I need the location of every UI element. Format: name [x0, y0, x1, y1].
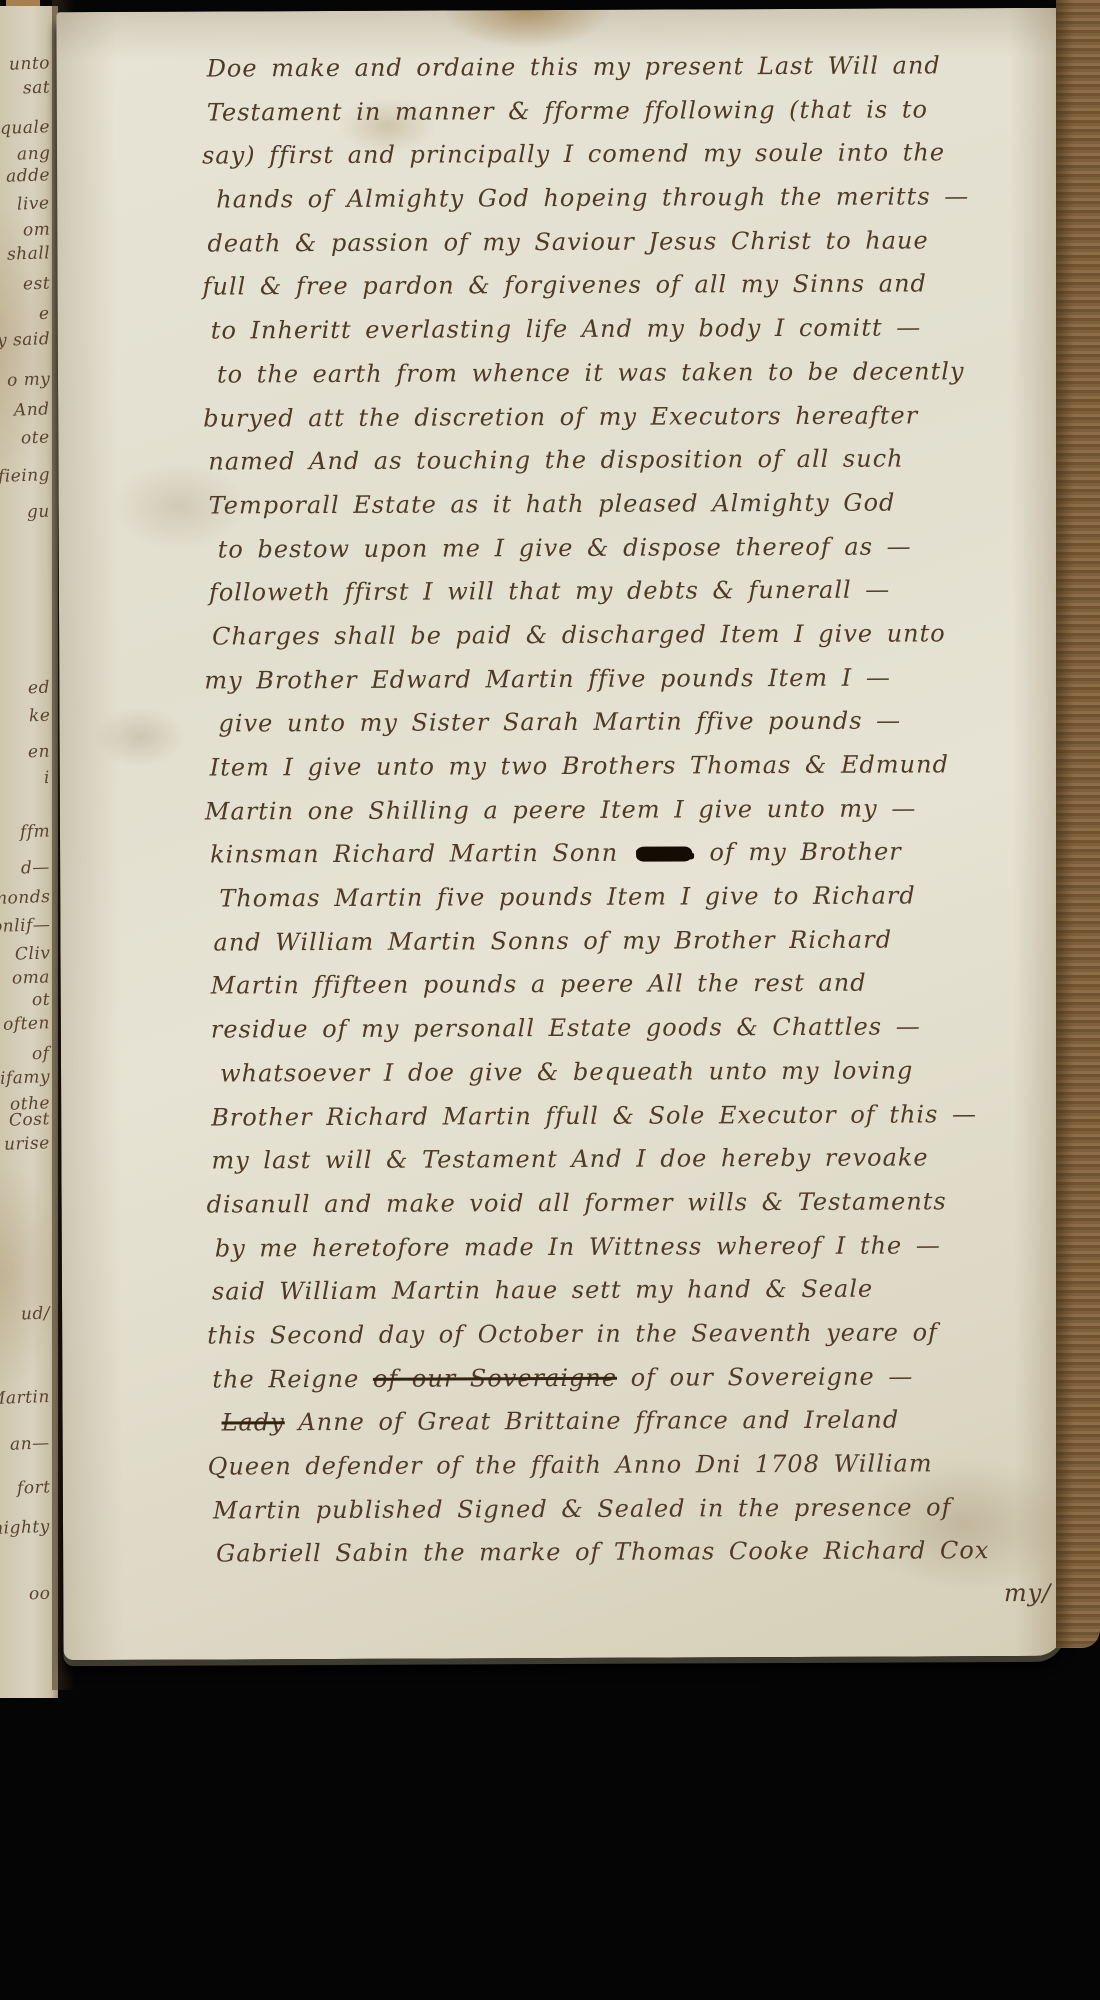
margin-fragment: Martin	[0, 1387, 50, 1409]
manuscript-line: Gabriell Sabin the marke of Thomas Cooke…	[216, 1529, 1065, 1576]
text-segment: disanull and make void all former wills …	[207, 1187, 947, 1218]
margin-fragment: d—	[21, 858, 51, 879]
manuscript-line: Testament in manner & fforme ffollowing …	[207, 88, 1059, 135]
manuscript-line: Item I give unto my two Brothers Thomas …	[210, 743, 1062, 790]
manuscript-line: Martin ffifteen pounds a peere All the r…	[211, 961, 1063, 1008]
margin-fragment: ke	[28, 706, 50, 727]
text-segment: Temporall Estate as it hath pleased Almi…	[209, 488, 896, 519]
manuscript-line: death & passion of my Saviour Jesus Chri…	[207, 219, 1059, 266]
catchword-text: my/	[1004, 1579, 1052, 1607]
manuscript-line: give unto my Sister Sarah Martin ffive p…	[218, 699, 1061, 746]
margin-fragment: est	[23, 274, 51, 295]
text-segment: to Inheritt everlasting life And my body…	[211, 314, 922, 345]
text-segment: residue of my personall Estate goods & C…	[211, 1013, 921, 1044]
margin-fragment: ud/	[21, 1303, 51, 1324]
margin-fragment: oo	[28, 1584, 50, 1605]
manuscript-line: Thomas Martin five pounds Item I give to…	[219, 874, 1062, 921]
struck-text-segment: Lady	[222, 1409, 285, 1437]
margin-fragment: oma	[12, 967, 51, 988]
manuscript-line: to the earth from whence it was taken to…	[217, 350, 1060, 397]
manuscript-line: Martin published Signed & Sealed in the …	[213, 1485, 1065, 1532]
text-segment: Gabriell Sabin the marke of Thomas Cooke…	[216, 1537, 989, 1568]
text-segment: the Reigne	[212, 1364, 373, 1393]
manuscript-page: Doe make and ordaine this my present Las…	[56, 8, 1065, 1660]
book-fore-edge	[1056, 0, 1100, 1648]
manuscript-line: to Inheritt everlasting life And my body…	[211, 306, 1060, 353]
margin-fragment: live	[17, 193, 50, 214]
margin-fragment: And	[14, 399, 50, 420]
manuscript-line: named And as touching the disposition of…	[208, 437, 1060, 484]
text-segment: this Second day of October in the Seaven…	[207, 1318, 938, 1349]
text-segment: to bestow upon me I give & dispose there…	[218, 532, 912, 563]
text-segment: Martin ffifteen pounds a peere All the r…	[211, 969, 867, 1000]
text-segment: of our Sovereigne —	[617, 1362, 913, 1391]
margin-fragment: om	[22, 220, 50, 241]
manuscript-line: whatsoever I doe give & bequeath unto my…	[220, 1049, 1063, 1096]
margin-fragment: y said	[0, 329, 50, 351]
manuscript-line: said William Martin haue sett my hand & …	[212, 1267, 1064, 1314]
margin-fragment: onlif—	[0, 915, 50, 937]
manuscript-line: buryed att the discretion of my Executor…	[203, 393, 1060, 440]
margin-fragment: often	[3, 1013, 51, 1035]
margin-fragment: adde	[6, 165, 51, 187]
manuscript-line: this Second day of October in the Seaven…	[207, 1311, 1064, 1358]
margin-fragment: en	[28, 742, 51, 763]
margin-fragment: sat	[22, 78, 50, 99]
text-segment: Brother Richard Martin ffull & Sole Exec…	[211, 1100, 977, 1131]
margin-fragment: quale	[0, 117, 50, 139]
margin-fragment: gu	[27, 502, 51, 523]
manuscript-line: followeth ffirst I will that my debts & …	[209, 568, 1061, 615]
manuscript-line: by me heretofore made In Wittness whereo…	[215, 1223, 1064, 1270]
manuscript-line: Queen defender of the ffaith Anno Dni 17…	[208, 1442, 1065, 1489]
manuscript-line: disanull and make void all former wills …	[207, 1180, 1064, 1227]
margin-fragment: fort	[16, 1477, 50, 1498]
text-segment: full & free pardon & forgivenes of all m…	[203, 270, 927, 301]
text-segment: Charges shall be paid & discharged Item …	[212, 619, 946, 650]
text-segment: Item I give unto my two Brothers Thomas …	[210, 750, 949, 781]
margin-fragment: shall	[6, 243, 50, 264]
text-segment: said William Martin haue sett my hand & …	[212, 1275, 873, 1306]
manuscript-line: Martin one Shilling a peere Item I give …	[205, 787, 1062, 834]
manuscript-line: hands of Almighty God hopeing through th…	[216, 175, 1059, 222]
margin-fragment: Cost	[9, 1109, 50, 1130]
margin-fragment: fieing	[0, 465, 50, 487]
text-segment: buryed att the discretion of my Executor…	[203, 401, 918, 432]
ink-blot	[636, 847, 692, 862]
text-segment: Thomas Martin five pounds Item I give to…	[219, 882, 916, 913]
text-segment: my last will & Testament And I doe hereb…	[211, 1144, 928, 1175]
margin-fragment: i	[44, 768, 51, 788]
text-segment: say) ffirst and principally I comend my …	[202, 139, 945, 170]
text-segment: Martin published Signed & Sealed in the …	[213, 1493, 952, 1524]
margin-fragment: ote	[21, 428, 50, 449]
manuscript-line: Charges shall be paid & discharged Item …	[212, 612, 1061, 659]
margin-fragment: ed	[28, 678, 51, 699]
text-segment: named And as touching the disposition of…	[208, 445, 903, 476]
handwritten-text-block: Doe make and ordaine this my present Las…	[207, 44, 1066, 1617]
margin-fragment: urise	[4, 1133, 50, 1155]
margin-fragment: an—	[10, 1433, 50, 1454]
text-segment: Anne of Great Brittaine ffrance and Irel…	[285, 1406, 900, 1437]
manuscript-line: my last will & Testament And I doe hereb…	[211, 1136, 1063, 1183]
text-segment: whatsoever I doe give & bequeath unto my…	[220, 1056, 913, 1087]
manuscript-line: kinsman Richard Martin Sonn of my Brothe…	[210, 830, 1062, 877]
manuscript-line: say) ffirst and principally I comend my …	[202, 131, 1059, 178]
text-segment: by me heretofore made In Wittness whereo…	[215, 1231, 941, 1262]
manuscript-line: Lady Anne of Great Brittaine ffrance and…	[221, 1398, 1064, 1445]
margin-fragment: unto	[9, 53, 51, 74]
margin-fragment: ffm	[19, 821, 50, 842]
text-segment: and William Martin Sonns of my Brother R…	[213, 925, 892, 956]
manuscript-line: full & free pardon & forgivenes of all m…	[203, 262, 1060, 309]
margin-fragment: Cliv	[14, 943, 50, 964]
manuscript-line: my Brother Edward Martin ffive pounds It…	[204, 655, 1061, 702]
margin-fragment: o my	[6, 369, 50, 391]
text-segment: Queen defender of the ffaith Anno Dni 17…	[208, 1449, 933, 1480]
margin-fragment: mighty	[0, 1517, 50, 1539]
margin-fragment: ifamy	[0, 1067, 50, 1089]
text-segment: Martin one Shilling a peere Item I give …	[205, 794, 917, 825]
margin-fragment: ang	[16, 143, 50, 164]
manuscript-line: the Reigne of our Soveraigne of our Sove…	[212, 1354, 1064, 1401]
text-segment: death & passion of my Saviour Jesus Chri…	[207, 226, 928, 257]
margin-fragment: monds	[0, 887, 50, 909]
margin-fragment: ot	[32, 990, 51, 1011]
text-segment: my Brother Edward Martin ffive pounds It…	[204, 663, 891, 694]
manuscript-photo: untosatqualeangaddeliveomshallestey said…	[0, 0, 1100, 2000]
margin-fragment: of	[32, 1044, 50, 1065]
manuscript-line: to bestow upon me I give & dispose there…	[218, 524, 1061, 571]
manuscript-lines: Doe make and ordaine this my present Las…	[207, 44, 1066, 1577]
text-segment: of my Brother	[696, 838, 902, 867]
manuscript-line: residue of my personall Estate goods & C…	[211, 1005, 1063, 1052]
margin-fragment: e	[39, 304, 50, 324]
manuscript-line: and William Martin Sonns of my Brother R…	[213, 918, 1062, 965]
manuscript-line: Doe make and ordaine this my present Las…	[207, 44, 1059, 91]
manuscript-line: Brother Richard Martin ffull & Sole Exec…	[211, 1092, 1063, 1139]
text-segment: hands of Almighty God hopeing through th…	[216, 182, 969, 213]
catchword: my/	[213, 1573, 1065, 1617]
text-segment: Doe make and ordaine this my present Las…	[207, 51, 941, 82]
text-segment: kinsman Richard Martin Sonn	[210, 839, 632, 869]
text-segment: Testament in manner & fforme ffollowing …	[207, 95, 928, 126]
previous-page-edge: untosatqualeangaddeliveomshallestey said…	[0, 6, 58, 1698]
text-segment: followeth ffirst I will that my debts & …	[209, 576, 890, 607]
text-segment: to the earth from whence it was taken to…	[217, 357, 965, 388]
text-segment: give unto my Sister Sarah Martin ffive p…	[218, 707, 901, 738]
manuscript-line: Temporall Estate as it hath pleased Almi…	[208, 481, 1060, 528]
struck-text-segment: of our Soveraigne	[373, 1363, 617, 1392]
